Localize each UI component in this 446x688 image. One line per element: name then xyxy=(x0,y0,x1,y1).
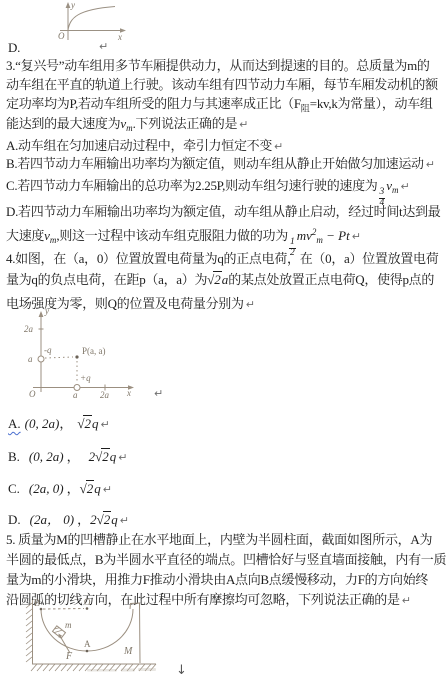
bleed-through-smudge xyxy=(87,668,156,672)
y-tick-a-label: a xyxy=(28,354,33,364)
y-axis-label: y xyxy=(70,0,75,10)
groove-block-diagram: B O m A M F xyxy=(25,599,185,677)
q3-option-d-line1: D.若四节动力车厢输出功率均为额定值，动车组从静止启动，经过时间t达到最 xyxy=(6,203,440,220)
negative-charge-dot xyxy=(38,356,44,362)
wall-hatching xyxy=(26,603,32,662)
exam-document-page: y x O D. ↵ 3.“复兴号”动车组用多节车厢提供动力，从而达到提速的目的… xyxy=(0,0,446,688)
center-o-label: O xyxy=(84,597,91,607)
y-axis-arrow xyxy=(66,2,71,8)
charge-coordinate-diagram: y 2a a -q P(a, a) +q O a 2a x xyxy=(20,302,165,402)
q4-option-b: B.(0, 2a)，2√2q↵ xyxy=(8,446,127,465)
q3-stem-line2: 动车组在平直的轨道上行驶。该动车组有四节动力车厢，每节车厢发动机的额 xyxy=(6,76,438,93)
point-b-dot xyxy=(40,608,43,611)
x-tick-a-label: a xyxy=(73,390,78,400)
y-axis-label: y xyxy=(44,306,49,316)
q4-option-c: C.(2a, 0)，√2q↵ xyxy=(8,478,112,497)
q3-option-a: A.动车组在匀加速启动过程中，牵引力恒定不变↵ xyxy=(6,137,283,155)
q3-option-b: B.若四节动力车厢输出功率均为额定值，则动车组从静止开始做匀加速运动↵ xyxy=(6,155,435,173)
force-label: F xyxy=(65,651,73,662)
q3-stem-line4: 能达到的最大速度为vm.下列说法正确的是↵ xyxy=(6,115,248,137)
q4-stem-line2: 量为q的负点电荷，在距p（a，a）为√2a的某点处放置正点电荷Q，使得p点的 xyxy=(6,271,434,288)
prev-option-label: D. xyxy=(8,39,20,56)
y-axis-arrow xyxy=(39,311,44,317)
q5-stem-line3: 量为m的小滑块，用推力F推动小滑块由A点向B点缓慢移动，力F的方向始终 xyxy=(6,571,428,588)
q4-option-c-label: C. xyxy=(8,481,20,496)
q4-option-d: D.(2a， 0)，2√2q↵ xyxy=(8,509,129,528)
sqrt-curve xyxy=(68,7,115,31)
x-tick-2a-label: 2a xyxy=(100,390,110,400)
positive-charge-label: +q xyxy=(80,373,91,383)
x-axis-label: x xyxy=(117,32,122,42)
dotted-line-horizontal xyxy=(45,357,73,358)
q4-option-d-label: D. xyxy=(8,512,21,527)
point-p-label: P(a, a) xyxy=(82,346,106,356)
point-b-label: B xyxy=(34,598,40,608)
paragraph-mark: ↵ xyxy=(99,40,108,53)
origin-label: O xyxy=(58,31,65,41)
q4-option-b-label: B. xyxy=(8,449,20,464)
point-p-dot xyxy=(75,355,78,358)
q4-option-a-label: A. xyxy=(8,416,21,431)
paragraph-mark: ↵ xyxy=(154,387,163,400)
slider-mass-label: m xyxy=(65,620,72,630)
scroll-anchor-arrow: ↓ xyxy=(176,663,187,678)
radius-dashed-line xyxy=(43,609,84,610)
q5-stem-line1: 5. 质量为M的凹槽静止在水平地面上，内壁为半圆柱面，截面如图所示，A为 xyxy=(6,531,432,548)
q4-stem-line1: 4.如图，在（a，0）位置放置电荷量为q的正点电荷，在（0，a）位置放置电荷 xyxy=(6,250,438,267)
point-a-label: A xyxy=(84,639,91,649)
negative-charge-label: -q xyxy=(44,345,52,355)
origin-label: O xyxy=(29,389,36,399)
q5-stem-line2: 半圆的最低点，B为半圆水平直径的端点。凹槽恰好与竖直墙面接触，内有一质 xyxy=(6,551,446,568)
q3-stem-line1: 3.“复兴号”动车组用多节车厢提供动力，从而达到提速的目的。总质量为m的 xyxy=(6,57,430,74)
y-tick-2a-label: 2a xyxy=(24,324,34,334)
point-a-dot xyxy=(86,650,89,653)
velocity-curve-graph: y x O xyxy=(55,0,170,48)
x-axis-label: x xyxy=(126,388,131,398)
groove-mass-label: M xyxy=(123,646,133,657)
q4-option-a: A.(0, 2a)，√2q↵ xyxy=(8,413,110,432)
center-o-dot xyxy=(86,607,89,610)
